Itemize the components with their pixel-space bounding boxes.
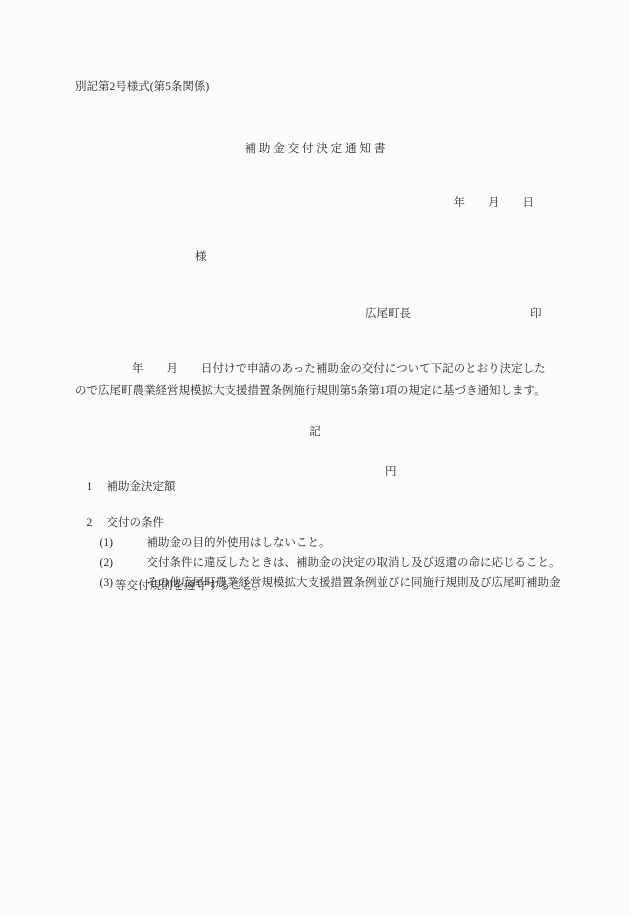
body-line-2: ので広尾町農業経営規模拡大支援措置条例施行規則第5条第1項の規定に基づき通知しま… (75, 384, 546, 399)
document-title: 補 助 金 交 付 決 定 通 知 書 (0, 142, 630, 157)
body-line-1: 年 月 日付けで申請のあった補助金の交付について下記のとおり決定した (132, 362, 546, 377)
issuer-name: 広尾町長 (365, 307, 411, 322)
date-line: 年 月 日 (454, 196, 535, 211)
record-marker: 記 (0, 425, 630, 440)
document-page: 別記第2号様式(第5条関係) 補 助 金 交 付 決 定 通 知 書 年 月 日… (0, 0, 630, 916)
seal-mark: 印 (530, 307, 542, 322)
subitem-3-continuation: 等交付規則を遵守すること。 (115, 579, 265, 594)
item-1-label: 補助金決定額 (107, 481, 176, 493)
amount-unit: 円 (385, 465, 397, 480)
item-1-number: 1 (87, 480, 107, 495)
form-number-note: 別記第2号様式(第5条関係) (75, 80, 209, 95)
recipient-honorific: 様 (195, 250, 207, 265)
